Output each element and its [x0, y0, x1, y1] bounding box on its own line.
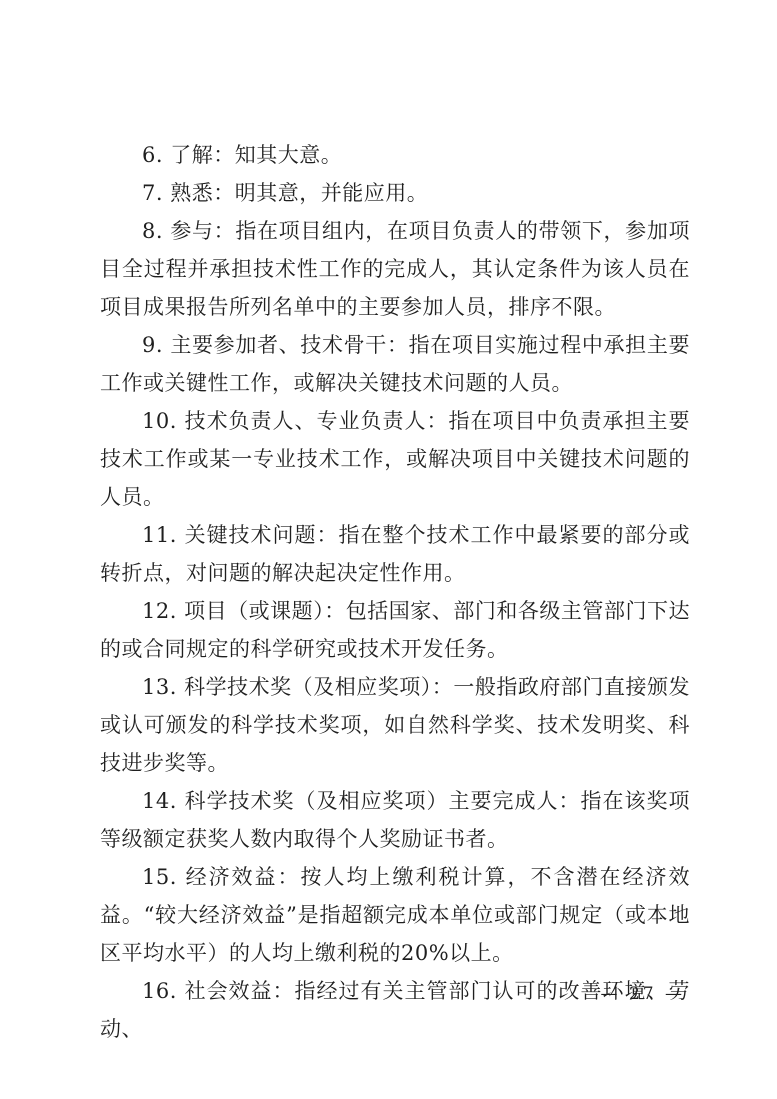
paragraph-item-6: 6. 了解：知其大意。: [100, 136, 690, 174]
paragraph-item-7: 7. 熟悉：明其意，并能应用。: [100, 174, 690, 212]
page-number: — 27 —: [601, 982, 685, 1006]
document-body: 6. 了解：知其大意。 7. 熟悉：明其意，并能应用。 8. 参与：指在项目组内…: [100, 136, 690, 1048]
paragraph-item-10: 10. 技术负责人、专业负责人：指在项目中负责承担主要技术工作或某一专业技术工作…: [100, 402, 690, 516]
paragraph-item-9: 9. 主要参加者、技术骨干：指在项目实施过程中承担主要工作或关键性工作，或解决关…: [100, 326, 690, 402]
paragraph-item-11: 11. 关键技术问题：指在整个技术工作中最紧要的部分或转折点，对问题的解决起决定…: [100, 516, 690, 592]
paragraph-item-8: 8. 参与：指在项目组内，在项目负责人的带领下，参加项目全过程并承担技术性工作的…: [100, 212, 690, 326]
paragraph-item-14: 14. 科学技术奖（及相应奖项）主要完成人：指在该奖项等级额定获奖人数内取得个人…: [100, 782, 690, 858]
document-page: 6. 了解：知其大意。 7. 熟悉：明其意，并能应用。 8. 参与：指在项目组内…: [0, 0, 777, 1099]
paragraph-item-15: 15. 经济效益：按人均上缴利税计算，不含潜在经济效益。“较大经济效益”是指超额…: [100, 858, 690, 972]
paragraph-item-12: 12. 项目（或课题）：包括国家、部门和各级主管部门下达的或合同规定的科学研究或…: [100, 592, 690, 668]
paragraph-item-13: 13. 科学技术奖（及相应奖项）：一般指政府部门直接颁发或认可颁发的科学技术奖项…: [100, 668, 690, 782]
